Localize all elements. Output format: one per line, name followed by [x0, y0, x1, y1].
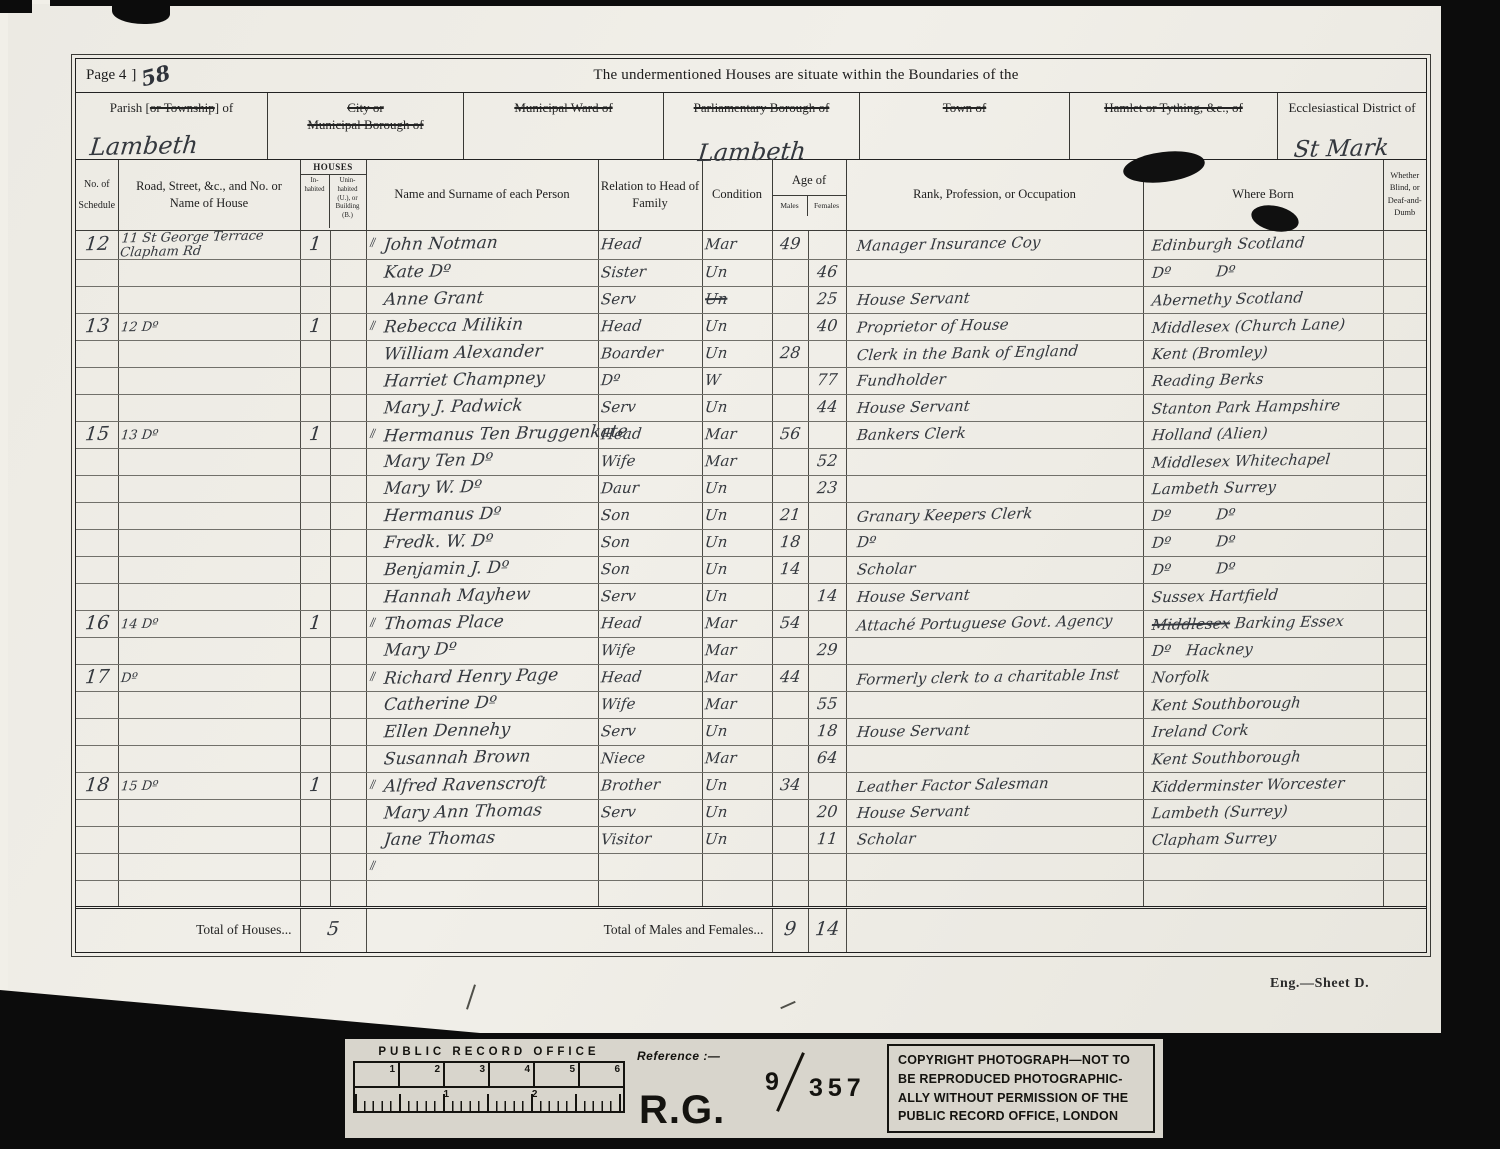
cell-uninh [330, 503, 366, 530]
cell-f [808, 341, 846, 368]
cell-inh [300, 557, 330, 584]
cell-rel: Daur [598, 476, 702, 503]
cell-occ: Proprietor of House [846, 314, 1143, 341]
cell-f: 25 [808, 287, 846, 314]
table-row: Jane ThomasVisitorUn11ScholarClapham Sur… [76, 827, 1426, 854]
cell-blind [1383, 611, 1426, 638]
ruler-inch-scale: 123456 [353, 1061, 625, 1086]
boundary-field: Town of [860, 93, 1070, 159]
cell-name: Hannah Mayhew [366, 584, 598, 611]
cell-born: Lambeth (Surrey) [1143, 800, 1383, 827]
pro-stamp: PUBLIC RECORD OFFICE 123456 1 2 Referenc… [345, 1039, 1163, 1138]
stray-pen-mark [466, 984, 476, 1009]
cell-uninh [330, 746, 366, 773]
age-group-title: Age of [773, 160, 846, 195]
cell-addr: 13 Dº [118, 422, 300, 449]
pro-office-title: PUBLIC RECORD OFFICE [353, 1046, 625, 1058]
cell-inh [300, 800, 330, 827]
cell-occ: Scholar [846, 557, 1143, 584]
cell-uninh [330, 611, 366, 638]
cell-inh [300, 746, 330, 773]
cell-uninh [330, 719, 366, 746]
cell-blind [1383, 368, 1426, 395]
boundary-field: Municipal Ward of [464, 93, 664, 159]
cell-rel: Wife [598, 692, 702, 719]
cell-rel: Head [598, 314, 702, 341]
cell-blind [1383, 665, 1426, 692]
cell-blind [1383, 260, 1426, 287]
cell-m: 44 [772, 665, 808, 692]
cell-born [1143, 881, 1383, 908]
cell-uninh [330, 584, 366, 611]
table-row: 17Dº⫽Richard Henry PageHeadMar44Formerly… [76, 665, 1426, 692]
cell-born: Holland (Alien) [1143, 422, 1383, 449]
table-row: Ellen DennehyServUn18House ServantIrelan… [76, 719, 1426, 746]
cell-f [808, 773, 846, 800]
cell-m: 54 [772, 611, 808, 638]
cell-name: Susannah Brown [366, 746, 598, 773]
cell-name: Anne Grant [366, 287, 598, 314]
cell-addr [118, 476, 300, 503]
pro-ruler: PUBLIC RECORD OFFICE 123456 1 2 [353, 1044, 625, 1133]
cell-f [808, 611, 846, 638]
cell-cond [702, 854, 772, 881]
cell-blind [1383, 638, 1426, 665]
cell-m [772, 368, 808, 395]
cell-blind [1383, 800, 1426, 827]
enumerator-tick: ⫽ [369, 858, 376, 875]
cell-rel: Son [598, 557, 702, 584]
stray-pen-mark [780, 1001, 795, 1009]
cell-blind [1383, 827, 1426, 854]
header-schedule: No. of Schedule [76, 160, 118, 230]
cell-name: Mary Dº [366, 638, 598, 665]
cell-born: Kent (Bromley) [1143, 341, 1383, 368]
cell-occ: Bankers Clerk [846, 422, 1143, 449]
cell-f: 23 [808, 476, 846, 503]
cell-name: Mary Ann Thomas [366, 800, 598, 827]
reference-label: Reference :— [637, 1049, 875, 1063]
cell-m [772, 395, 808, 422]
cell-rel: Wife [598, 449, 702, 476]
ruler-inch-segment: 1 [355, 1063, 400, 1086]
cell-cond: Mar [702, 692, 772, 719]
cell-m: 28 [772, 341, 808, 368]
cell-occ: House Servant [846, 287, 1143, 314]
cell-inh: 1 [300, 773, 330, 800]
cell-m [772, 260, 808, 287]
cell-occ: House Servant [846, 800, 1143, 827]
cell-blind [1383, 476, 1426, 503]
cell-blind [1383, 230, 1426, 260]
cell-sched [76, 395, 118, 422]
cell-sched [76, 557, 118, 584]
cell-inh [300, 287, 330, 314]
cell-name: ⫽John Notman [366, 230, 598, 260]
header-inhabited: In-habited [301, 175, 330, 228]
cell-rel: Serv [598, 719, 702, 746]
cell-rel: Serv [598, 800, 702, 827]
cell-born: Middlesex Whitechapel [1143, 449, 1383, 476]
cell-blind [1383, 854, 1426, 881]
cell-occ [846, 854, 1143, 881]
cell-inh [300, 881, 330, 908]
cell-occ: House Servant [846, 395, 1143, 422]
cell-name: ⫽Richard Henry Page [366, 665, 598, 692]
cell-f: 55 [808, 692, 846, 719]
cell-sched [76, 503, 118, 530]
cell-born: Ireland Cork [1143, 719, 1383, 746]
cell-sched [76, 341, 118, 368]
cell-uninh [330, 314, 366, 341]
cell-addr [118, 368, 300, 395]
cell-cond: Un [702, 530, 772, 557]
cell-addr [118, 692, 300, 719]
cell-m [772, 719, 808, 746]
cell-inh: 1 [300, 314, 330, 341]
cell-sched: 17 [76, 665, 118, 692]
cell-f: 44 [808, 395, 846, 422]
cell-born: Clapham Surrey [1143, 827, 1383, 854]
header-rank: Rank, Profession, or Occupation [846, 160, 1143, 230]
cell-rel: Son [598, 503, 702, 530]
cell-born: Edinburgh Scotland [1143, 230, 1383, 260]
table-row: William AlexanderBoarderUn28Clerk in the… [76, 341, 1426, 368]
cell-blind [1383, 341, 1426, 368]
cell-rel: Son [598, 530, 702, 557]
cell-addr [118, 800, 300, 827]
cell-occ: Manager Insurance Coy [846, 230, 1143, 260]
cell-addr [118, 503, 300, 530]
census-table: No. of Schedule Road, Street, &c., and N… [76, 160, 1426, 952]
cell-rel [598, 881, 702, 908]
cell-m [772, 287, 808, 314]
boundary-label: Hamlet or Tything, &c., of [1070, 100, 1277, 117]
cell-m [772, 800, 808, 827]
header-relation: Relation to Head of Family [598, 160, 702, 230]
cell-addr [118, 395, 300, 422]
cell-born: Dº Dº [1143, 557, 1383, 584]
cell-occ [846, 449, 1143, 476]
table-row: Mary J. PadwickServUn44House ServantStan… [76, 395, 1426, 422]
cell-born: Dº Dº [1143, 503, 1383, 530]
cell-cond: Un [702, 557, 772, 584]
piece-number: 9 [765, 1068, 779, 1097]
cell-f: 29 [808, 638, 846, 665]
cell-uninh [330, 422, 366, 449]
cell-m: 18 [772, 530, 808, 557]
total-houses-value: 5 [300, 908, 366, 952]
table-row: Susannah BrownNieceMar64Kent Southboroug… [76, 746, 1426, 773]
cell-cond: Un [702, 827, 772, 854]
cell-m: 14 [772, 557, 808, 584]
boundary-value: Lambeth [89, 133, 199, 160]
cell-sched [76, 827, 118, 854]
sheet-label: Eng.—Sheet D. [1270, 976, 1369, 992]
boundary-field: Parish [or Township] ofLambeth [76, 93, 268, 159]
header-name: Name and Surname of each Person [366, 160, 598, 230]
cell-uninh [330, 530, 366, 557]
boundary-label: Parliamentary Borough of [664, 100, 859, 117]
cell-inh [300, 692, 330, 719]
table-row: 1614 Dº1⫽Thomas PlaceHeadMar54Attaché Po… [76, 611, 1426, 638]
cell-rel: Serv [598, 395, 702, 422]
cell-uninh [330, 341, 366, 368]
cell-occ [846, 476, 1143, 503]
ruler-inch-segment: 2 [400, 1063, 445, 1086]
table-row: Benjamin J. DºSonUn14ScholarDº Dº [76, 557, 1426, 584]
column-headers: No. of Schedule Road, Street, &c., and N… [76, 160, 1426, 230]
page-bracket: ] [131, 67, 136, 84]
cell-inh [300, 503, 330, 530]
cell-inh [300, 449, 330, 476]
page-number-stamp: 58 [139, 60, 173, 91]
header-age: Age of Males Females [772, 160, 846, 230]
cell-sched [76, 719, 118, 746]
cell-sched [76, 260, 118, 287]
table-row: Hermanus DºSonUn21Granary Keepers ClerkD… [76, 503, 1426, 530]
cell-addr: 12 Dº [118, 314, 300, 341]
cell-occ: Dº [846, 530, 1143, 557]
census-form: Page 4 ] 58 The undermentioned Houses ar… [75, 58, 1427, 953]
boundary-field: Parliamentary Borough ofLambeth [664, 93, 860, 159]
cell-uninh [330, 368, 366, 395]
cell-cond: Un [702, 476, 772, 503]
cell-name: Kate Dº [366, 260, 598, 287]
boundary-label: City orMunicipal Borough of [268, 100, 463, 134]
cell-cond: Un [702, 287, 772, 314]
cell-addr [118, 881, 300, 908]
table-row: Catherine DºWifeMar55Kent Southborough [76, 692, 1426, 719]
table-row: Hannah MayhewServUn14House ServantSussex… [76, 584, 1426, 611]
table-row: Fredk. W. DºSonUn18DºDº Dº [76, 530, 1426, 557]
cell-rel: Head [598, 611, 702, 638]
cell-name: Benjamin J. Dº [366, 557, 598, 584]
cell-uninh [330, 557, 366, 584]
cell-occ [846, 881, 1143, 908]
ruler-inch-segment: 5 [535, 1063, 580, 1086]
table-row: 1312 Dº1⫽Rebecca MilikinHeadUn40Propriet… [76, 314, 1426, 341]
cell-name: ⫽ [366, 854, 598, 881]
cell-rel: Niece [598, 746, 702, 773]
cell-addr [118, 260, 300, 287]
cell-born: Dº Hackney [1143, 638, 1383, 665]
boundary-row: Parish [or Township] ofLambethCity orMun… [76, 93, 1426, 160]
ruler-inch-segment: 4 [490, 1063, 535, 1086]
cell-blind [1383, 584, 1426, 611]
form-title: The undermentioned Houses are situate wi… [326, 67, 1416, 84]
enumerator-tick: ⫽ [369, 777, 376, 794]
page-number: Page 4 [86, 67, 126, 84]
ruler-inch-segment: 3 [445, 1063, 490, 1086]
cell-occ: Attaché Portuguese Govt. Agency [846, 611, 1143, 638]
totals-empty [846, 908, 1426, 952]
cell-sched [76, 368, 118, 395]
cell-rel: Head [598, 230, 702, 260]
table-row: 1211 St George TerraceClapham Rd1⫽John N… [76, 230, 1426, 260]
boundary-label: Town of [860, 100, 1069, 117]
cell-m [772, 638, 808, 665]
cell-f [808, 530, 846, 557]
cell-blind [1383, 881, 1426, 908]
enumerator-tick: ⫽ [369, 318, 376, 335]
scan-edge-right [1441, 0, 1500, 1033]
cell-f: 40 [808, 314, 846, 341]
cell-inh: 1 [300, 422, 330, 449]
cell-born: Abernethy Scotland [1143, 287, 1383, 314]
cell-inh [300, 260, 330, 287]
cell-occ: Leather Factor Salesman [846, 773, 1143, 800]
cell-sched [76, 881, 118, 908]
cell-born [1143, 854, 1383, 881]
header-uninhabited: Unin-habited (U.), or Building (B.) [330, 175, 366, 228]
ruler-cm-label: 1 [443, 1089, 449, 1100]
cell-sched [76, 692, 118, 719]
cell-uninh [330, 476, 366, 503]
cell-blind [1383, 530, 1426, 557]
cell-name: William Alexander [366, 341, 598, 368]
cell-cond: W [702, 368, 772, 395]
cell-inh [300, 854, 330, 881]
cell-sched [76, 638, 118, 665]
cell-sched: 16 [76, 611, 118, 638]
cell-addr: 11 St George TerraceClapham Rd [118, 230, 300, 260]
scan-edge-top [50, 0, 1441, 6]
cell-cond: Un [702, 719, 772, 746]
cell-uninh [330, 692, 366, 719]
cell-blind [1383, 422, 1426, 449]
cell-uninh [330, 881, 366, 908]
cell-f: 20 [808, 800, 846, 827]
cell-uninh [330, 260, 366, 287]
cell-cond: Un [702, 260, 772, 287]
cell-cond: Mar [702, 665, 772, 692]
cell-rel: Serv [598, 287, 702, 314]
total-mf-label: Total of Males and Females... [366, 908, 772, 952]
cell-uninh [330, 854, 366, 881]
header-blind: Whether Blind, or Deaf-and-Dumb [1383, 160, 1426, 230]
cell-f: 77 [808, 368, 846, 395]
cell-addr [118, 827, 300, 854]
cell-born: Kidderminster Worcester [1143, 773, 1383, 800]
cell-uninh [330, 395, 366, 422]
copyright-line: BE REPRODUCED PHOTOGRAPHIC- [898, 1070, 1144, 1089]
boundary-field: Ecclesiastical District ofSt Mark [1278, 93, 1426, 159]
cell-inh [300, 395, 330, 422]
cell-m: 56 [772, 422, 808, 449]
cell-addr [118, 584, 300, 611]
cell-addr [118, 719, 300, 746]
boundary-label: Municipal Ward of [464, 100, 663, 117]
cell-addr: 15 Dº [118, 773, 300, 800]
cell-uninh [330, 287, 366, 314]
cell-m [772, 746, 808, 773]
table-row [76, 881, 1426, 908]
totals-row: Total of Houses... 5 Total of Males and … [76, 908, 1426, 952]
copyright-line: ALLY WITHOUT PERMISSION OF THE [898, 1089, 1144, 1108]
cell-f [808, 854, 846, 881]
cell-inh [300, 719, 330, 746]
table-row: Kate DºSisterUn46Dº Dº [76, 260, 1426, 287]
cell-cond: Mar [702, 746, 772, 773]
header-females: Females [808, 196, 846, 216]
copyright-line: COPYRIGHT PHOTOGRAPH—NOT TO [898, 1051, 1144, 1070]
cell-born: Sussex Hartfield [1143, 584, 1383, 611]
cell-name: ⫽Alfred Ravenscroft [366, 773, 598, 800]
cell-sched [76, 449, 118, 476]
cell-name: Mary W. Dº [366, 476, 598, 503]
cell-addr [118, 854, 300, 881]
cell-born: Norfolk [1143, 665, 1383, 692]
cell-f [808, 503, 846, 530]
ruler-cm-label: 2 [532, 1089, 538, 1100]
cell-blind [1383, 557, 1426, 584]
cell-f [808, 230, 846, 260]
cell-addr: Dº [118, 665, 300, 692]
cell-rel: Wife [598, 638, 702, 665]
cell-occ [846, 692, 1143, 719]
cell-cond: Mar [702, 611, 772, 638]
cell-blind [1383, 692, 1426, 719]
cell-cond: Mar [702, 422, 772, 449]
cell-sched: 15 [76, 422, 118, 449]
cell-sched [76, 287, 118, 314]
cell-sched: 18 [76, 773, 118, 800]
cell-uninh [330, 827, 366, 854]
cell-occ: House Servant [846, 719, 1143, 746]
cell-name: Mary J. Padwick [366, 395, 598, 422]
cell-cond: Un [702, 503, 772, 530]
cell-rel: Dº [598, 368, 702, 395]
cell-born: Kent Southborough [1143, 692, 1383, 719]
cell-blind [1383, 773, 1426, 800]
cell-addr [118, 557, 300, 584]
cell-blind [1383, 314, 1426, 341]
table-row: 1513 Dº1⫽Hermanus Ten BruggenkateHeadMar… [76, 422, 1426, 449]
cell-uninh [330, 449, 366, 476]
cell-born: Reading Berks [1143, 368, 1383, 395]
cell-occ [846, 638, 1143, 665]
cell-name: Catherine Dº [366, 692, 598, 719]
cell-born: Stanton Park Hampshire [1143, 395, 1383, 422]
cell-m [772, 692, 808, 719]
cell-f: 14 [808, 584, 846, 611]
copyright-box: COPYRIGHT PHOTOGRAPH—NOT TOBE REPRODUCED… [887, 1044, 1155, 1133]
table-row: Mary DºWifeMar29Dº Hackney [76, 638, 1426, 665]
cell-m [772, 476, 808, 503]
title-band: Page 4 ] 58 The undermentioned Houses ar… [76, 59, 1426, 93]
cell-blind [1383, 287, 1426, 314]
table-row: Mary Ten DºWifeMar52Middlesex Whitechape… [76, 449, 1426, 476]
table-row: ⫽ [76, 854, 1426, 881]
cell-name: Jane Thomas [366, 827, 598, 854]
header-houses: HOUSES In-habited Unin-habited (U.), or … [300, 160, 366, 230]
cell-f [808, 881, 846, 908]
cell-m: 34 [772, 773, 808, 800]
cell-rel: Serv [598, 584, 702, 611]
cell-cond: Mar [702, 230, 772, 260]
cell-born: Lambeth Surrey [1143, 476, 1383, 503]
cell-cond: Un [702, 341, 772, 368]
census-rows: 1211 St George TerraceClapham Rd1⫽John N… [76, 230, 1426, 908]
cell-name: Harriet Champney [366, 368, 598, 395]
reference-section: Reference :— R.G. 9 357 [637, 1044, 875, 1133]
cell-inh: 1 [300, 230, 330, 260]
cell-f: 18 [808, 719, 846, 746]
cell-occ: Clerk in the Bank of England [846, 341, 1143, 368]
total-females-value: 14 [808, 908, 846, 952]
cell-addr [118, 449, 300, 476]
